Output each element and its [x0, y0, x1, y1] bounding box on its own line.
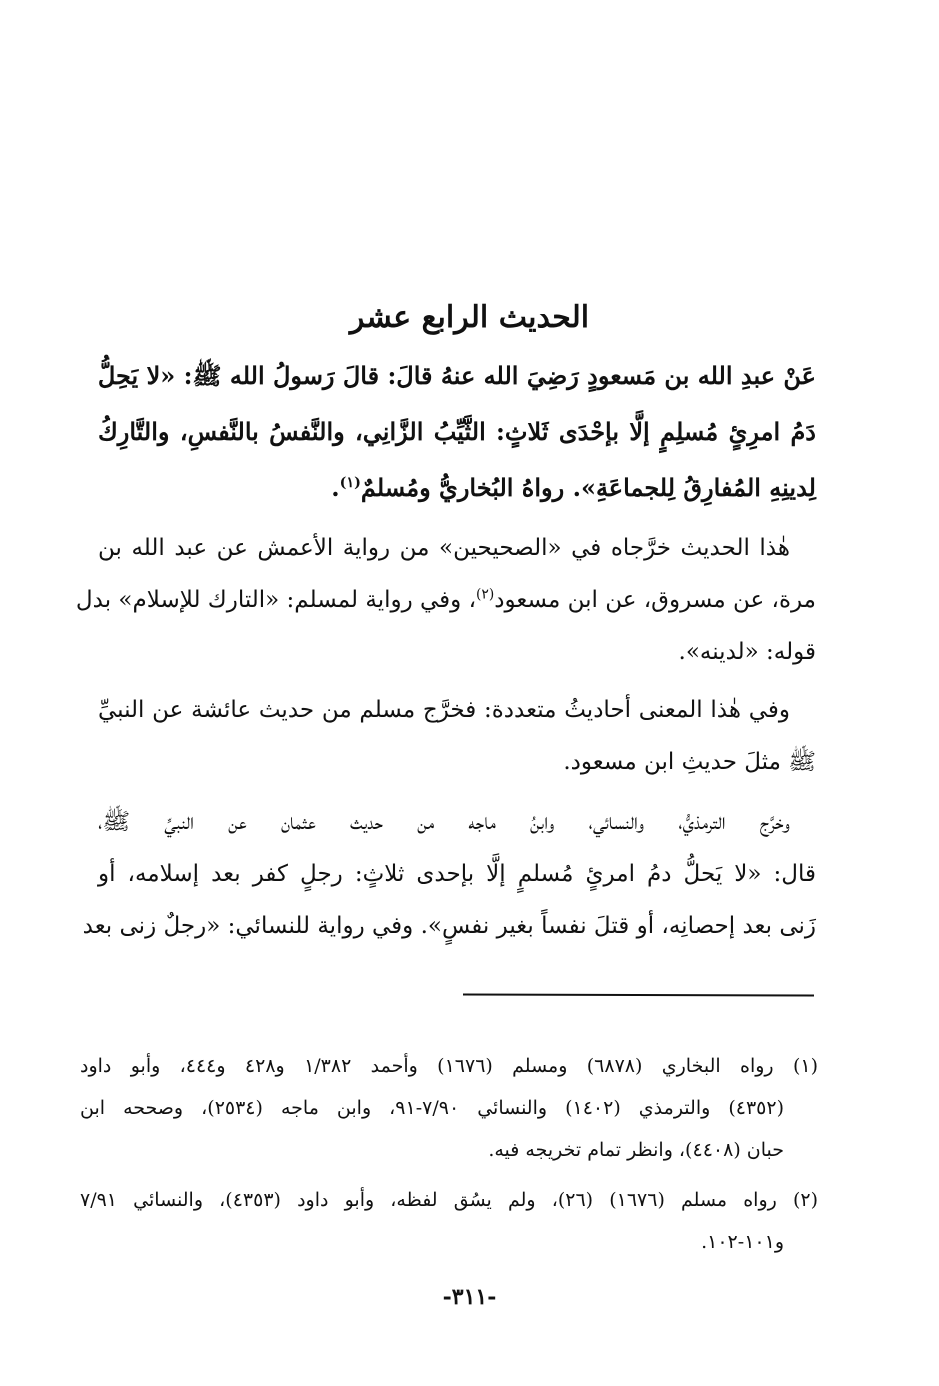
- footnote-line: و١٠١-١٠٢.: [80, 1221, 818, 1263]
- footnote-ref-1[interactable]: (١): [340, 474, 361, 491]
- paragraph-line: وفي هٰذا المعنى أحاديثُ متعددة: فخرَّج م…: [98, 684, 816, 736]
- hadith-line-1: عَنْ عبدِ الله بن مَسعودٍ رَضِيَ الله عن…: [98, 348, 816, 404]
- footnote-text: رواه البخاري (٦٨٧٨) ومسلم (١٦٧٦) وأحمد ١…: [80, 1055, 774, 1077]
- footnote-2: (٢) رواه مسلم (١٦٧٦) (٢٦)، ولم يسُق لفظه…: [80, 1179, 818, 1263]
- commentary-paragraph-3: وخرَّج الترمذيُّ، والنسائي، وابنُ ماجه م…: [98, 796, 816, 952]
- footnote-line: (١) رواه البخاري (٦٨٧٨) ومسلم (١٦٧٦) وأح…: [80, 1045, 818, 1087]
- paragraph-line: قال: «لا يَحلُّ دمُ امرئٍ مُسلمٍ إلَّا ب…: [98, 848, 816, 900]
- footnote-line: (٢) رواه مسلم (١٦٧٦) (٢٦)، ولم يسُق لفظه…: [80, 1179, 818, 1221]
- footnote-ref-2[interactable]: (٢): [476, 586, 494, 602]
- paragraph-line: قوله: «لدينه».: [98, 626, 816, 678]
- paragraph-line: هٰذا الحديث خرَّجاه في «الصحيحين» من روا…: [98, 522, 816, 574]
- paragraph-line: زَنى بعد إحصانِه، أو قتلَ نفساً بغير نفس…: [98, 900, 816, 952]
- footnote-number: (١): [793, 1055, 818, 1077]
- footnote-text: رواه مسلم (١٦٧٦) (٢٦)، ولم يسُق لفظه، وأ…: [80, 1189, 777, 1211]
- chapter-title: الحديث الرابع عشر: [0, 292, 939, 344]
- commentary-paragraph-1: هٰذا الحديث خرَّجاه في «الصحيحين» من روا…: [98, 522, 816, 678]
- page-number: -٣١١-: [0, 1284, 939, 1310]
- paragraph-line-text: ، وفي رواية لمسلم: «التارك للإسلام» بدل: [76, 587, 476, 613]
- hadith-end: .: [331, 473, 339, 502]
- paragraph-line: ﷺ مثلَ حديثِ ابن مسعود.: [98, 736, 816, 788]
- footnotes: (١) رواه البخاري (٦٨٧٨) ومسلم (١٦٧٦) وأح…: [80, 1045, 818, 1263]
- hadith-text: عَنْ عبدِ الله بن مَسعودٍ رَضِيَ الله عن…: [98, 348, 816, 516]
- footnote-line: حبان (٤٤٠٨)، وانظر تمام تخريجه فيه.: [80, 1129, 818, 1171]
- footnote-separator: [463, 994, 814, 997]
- paragraph-line-text: مرة، عن مسروق، عن ابن مسعود: [494, 587, 816, 613]
- paragraph-line: مرة، عن مسروق، عن ابن مسعود(٢)، وفي رواي…: [98, 574, 816, 626]
- book-page: الحديث الرابع عشر عَنْ عبدِ الله بن مَسع…: [0, 0, 939, 1386]
- hadith-line-2: دَمُ امرِئٍ مُسلِمٍ إلَّا بإحْدَى ثَلاثٍ…: [98, 404, 816, 460]
- commentary-paragraph-2: وفي هٰذا المعنى أحاديثُ متعددة: فخرَّج م…: [98, 684, 816, 788]
- paragraph-line: وخرَّج الترمذيُّ، والنسائي، وابنُ ماجه م…: [98, 796, 816, 848]
- hadith-line-3: لِدينِهِ المُفارِقُ لِلجماعَةِ». رواهُ ا…: [98, 460, 816, 516]
- hadith-line-3-text: لِدينِهِ المُفارِقُ لِلجماعَةِ». رواهُ ا…: [361, 473, 816, 502]
- footnote-line: (٤٣٥٢) والترمذي (١٤٠٢) والنسائي ٧/٩٠-٩١،…: [80, 1087, 818, 1129]
- footnote-number: (٢): [793, 1189, 818, 1211]
- footnote-1: (١) رواه البخاري (٦٨٧٨) ومسلم (١٦٧٦) وأح…: [80, 1045, 818, 1171]
